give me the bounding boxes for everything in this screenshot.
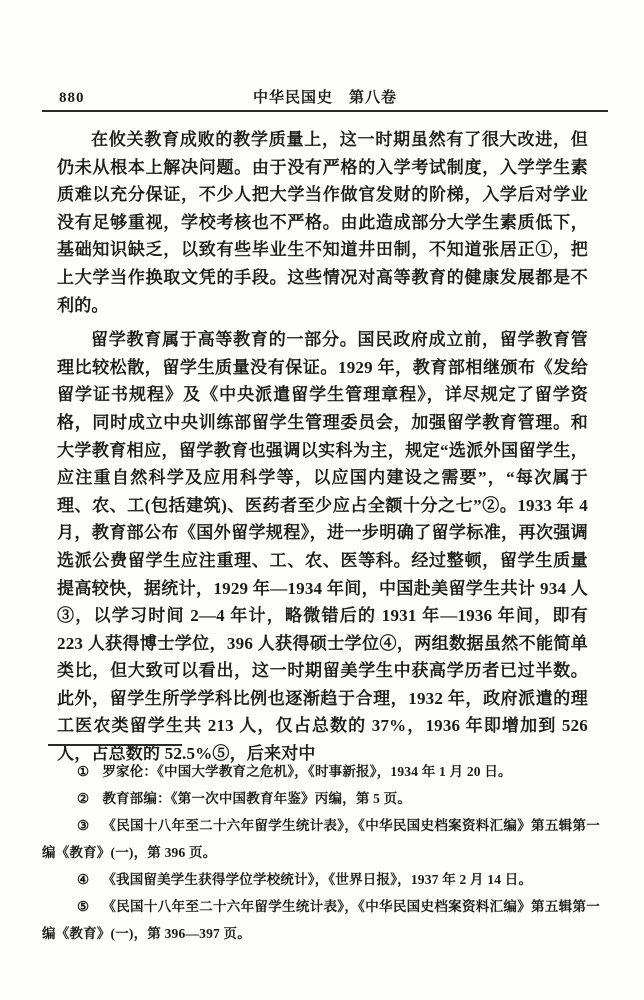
footnote-item: ⑤《民国十八年至二十六年留学生统计表》，《中华民国史档案资料汇编》第五辑第一编《… [42, 893, 600, 947]
footnote-marker: ④ [77, 872, 89, 887]
footnote-marker: ⑤ [77, 899, 89, 914]
footnote-marker: ① [77, 764, 89, 779]
footnote-text: 《我国留美学生获得学位学校统计》，《世界日报》，1937 年 2 月 14 日。 [102, 872, 532, 887]
book-page: 880 中华民国史 第八卷 在攸关教育成败的教学质量上，这一时期虽然有了很大改进… [0, 0, 644, 1000]
footnotes: ①罗家伦：《中国大学教育之危机》，《时事新报》，1934 年 1 月 20 日。… [42, 744, 600, 947]
header-title: 中华民国史 第八卷 [42, 86, 608, 107]
body-text: 在攸关教育成败的教学质量上，这一时期虽然有了很大改进，但仍未从根本上解决问题。由… [57, 126, 588, 768]
footnote-item: ③《民国十八年至二十六年留学生统计表》，《中华民国史档案资料汇编》第五辑第一编《… [42, 812, 600, 866]
footnote-marker: ③ [77, 818, 89, 833]
footnote-item: ①罗家伦：《中国大学教育之危机》，《时事新报》，1934 年 1 月 20 日。 [42, 758, 600, 785]
footnote-marker: ② [77, 791, 89, 806]
footnote-item: ②教育部编：《第一次中国教育年鉴》丙编，第 5 页。 [42, 785, 600, 812]
paragraph: 在攸关教育成败的教学质量上，这一时期虽然有了很大改进，但仍未从根本上解决问题。由… [57, 126, 588, 319]
footnote-text: 《民国十八年至二十六年留学生统计表》，《中华民国史档案资料汇编》第五辑第一编《教… [42, 818, 600, 860]
running-header: 880 中华民国史 第八卷 [42, 84, 608, 112]
footnote-text: 罗家伦：《中国大学教育之危机》，《时事新报》，1934 年 1 月 20 日。 [102, 764, 511, 779]
paragraph: 留学教育属于高等教育的一部分。国民政府成立前，留学教育管理比较松散，留学生质量没… [57, 326, 588, 768]
footnote-text: 教育部编：《第一次中国教育年鉴》丙编，第 5 页。 [102, 791, 411, 806]
footnote-text: 《民国十八年至二十六年留学生统计表》，《中华民国史档案资料汇编》第五辑第一编《教… [42, 899, 600, 941]
footnote-separator [48, 744, 182, 746]
footnote-item: ④《我国留美学生获得学位学校统计》，《世界日报》，1937 年 2 月 14 日… [42, 866, 600, 893]
